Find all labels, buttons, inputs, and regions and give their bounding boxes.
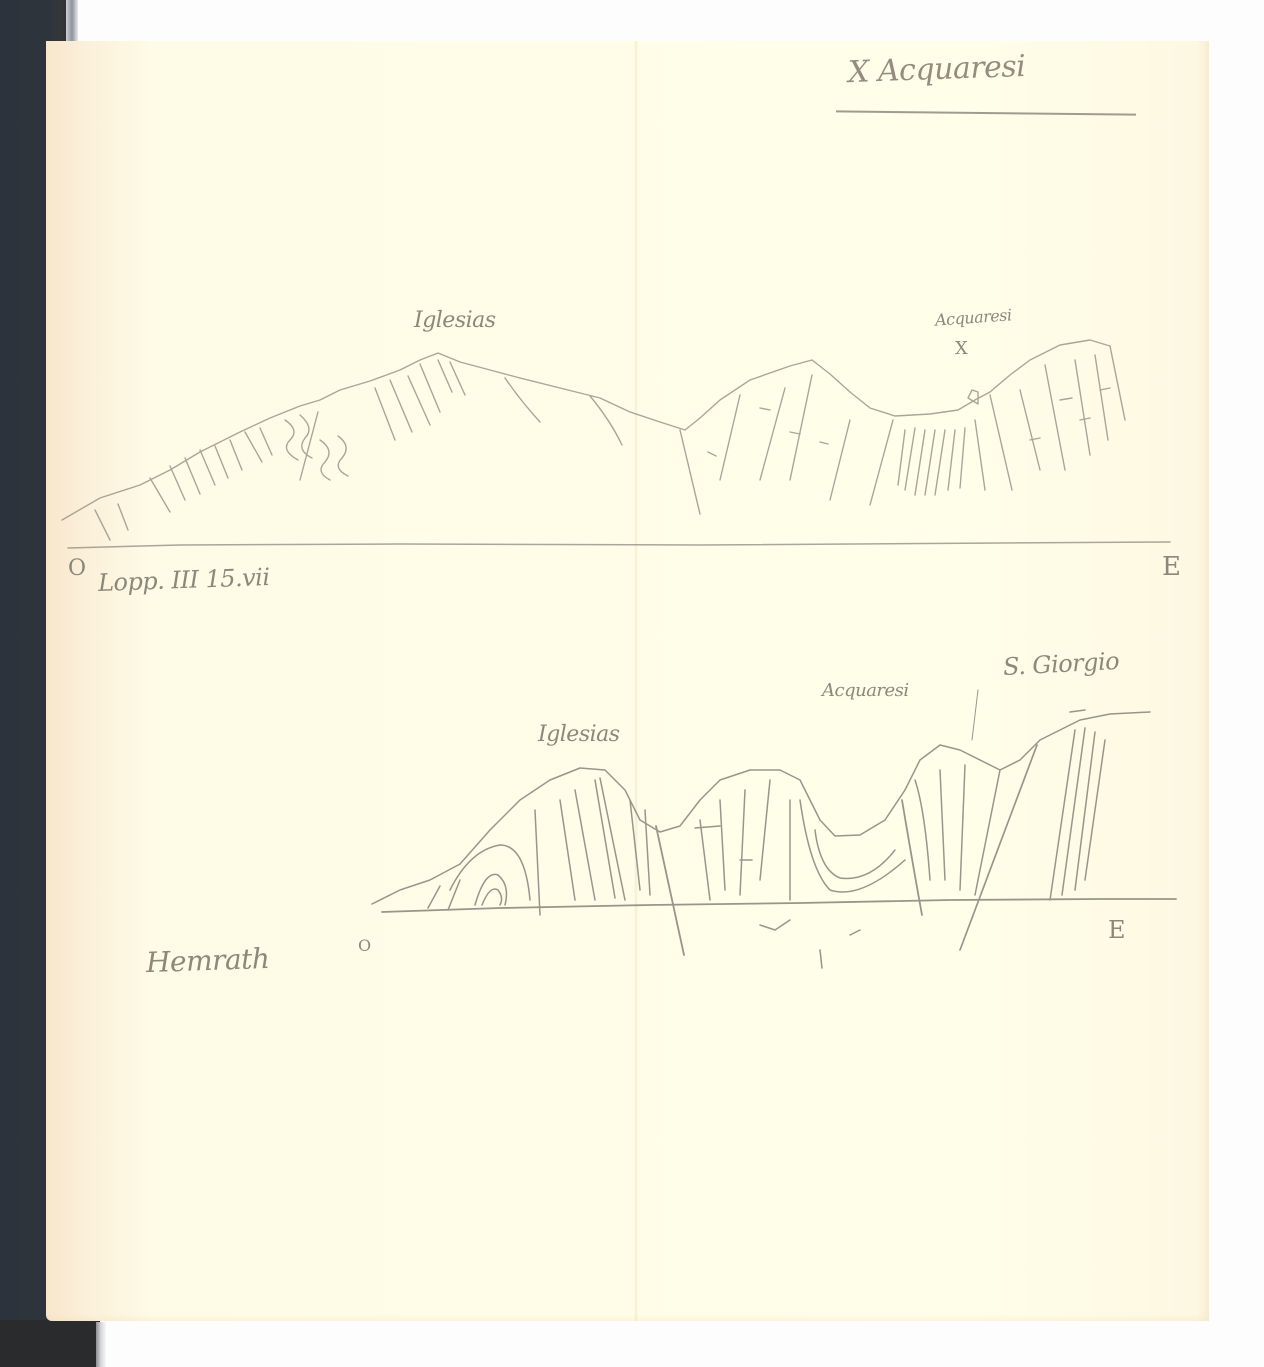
cross-section-sketches [0, 0, 1264, 1367]
bottom-cross-section [372, 690, 1176, 968]
caption-bottom: Hemrath [145, 942, 269, 979]
caption-top: Lopp. III 15.vii [98, 563, 270, 597]
peak-label-acquaresi-bottom: Acquaresi [822, 680, 909, 701]
axis-west-label-bottom: O [358, 936, 371, 955]
mine-marker: X [955, 338, 967, 359]
top-cross-section [62, 340, 1170, 548]
axis-east-label-bottom: E [1108, 916, 1125, 944]
axis-east-label-top: E [1162, 552, 1180, 582]
peak-label-iglesias-bottom: Iglesias [538, 722, 620, 747]
peak-label-iglesias-top: Iglesias [414, 308, 496, 333]
axis-west-label-top: O [68, 556, 86, 581]
